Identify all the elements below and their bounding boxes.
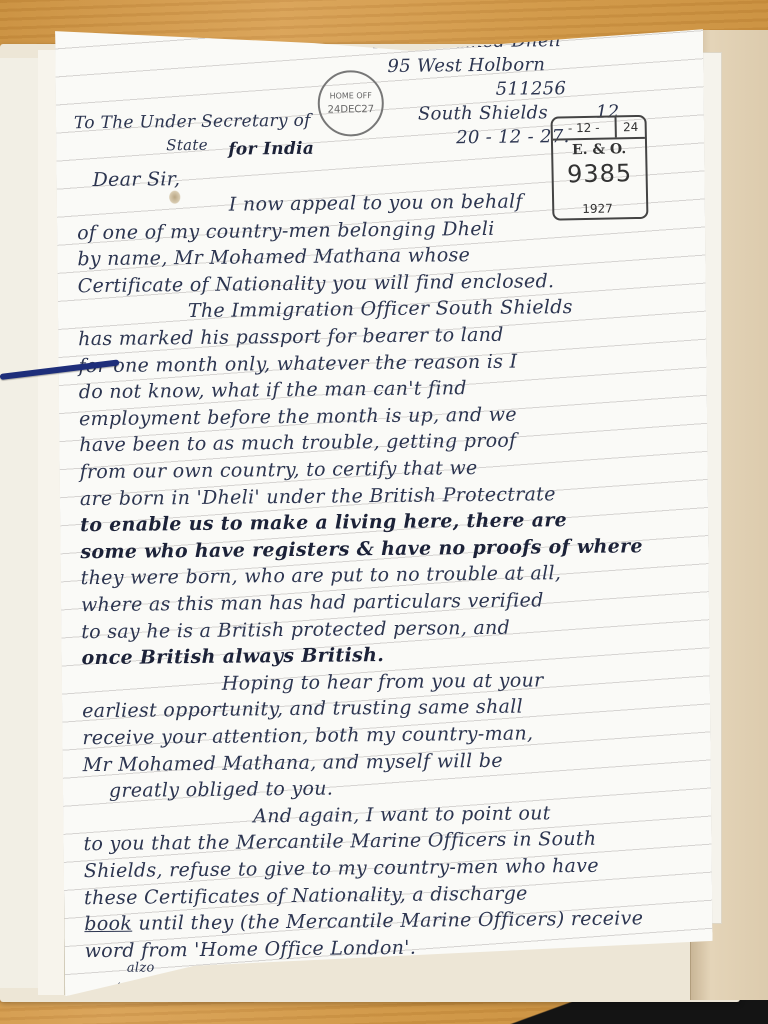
paper-stain: [169, 190, 181, 204]
postmark-stamp: HOME OFF 24DEC27: [317, 70, 384, 137]
addressee-line-1: To The Under Secretary of: [74, 111, 311, 133]
body-line: Mr Mohamed Mathana, and myself will be: [83, 749, 503, 775]
body-line: where as this man has had particulars ve…: [81, 589, 544, 616]
body-line: book until they (the Mercantile Marine O…: [84, 907, 643, 935]
body-line: of one of my country-men belonging Dheli: [77, 217, 495, 243]
body-line: these Certificates of Nationality, a dis…: [84, 882, 528, 909]
postscript-addition: alzo: [127, 960, 155, 975]
body-line: earliest opportunity, and trusting same …: [82, 696, 523, 723]
body-line: has marked his passport for bearer to la…: [78, 324, 504, 350]
body-line: greatly obliged to you.: [109, 778, 333, 802]
reference-number: 511256: [496, 78, 567, 100]
sender-address: 95 West Holborn: [387, 54, 545, 77]
body-line: do not know, what if the man can't find: [79, 377, 467, 403]
letter-page: Mr Ali Hamed Dheli 95 West Holborn 51125…: [55, 15, 713, 997]
eo-registry-stamp: - 12 - 24 E. & O. 9385 1927: [550, 115, 648, 221]
body-line: they were born, who are put to no troubl…: [81, 563, 562, 590]
stamp-year: 1927: [582, 201, 613, 216]
sender-town: South Shields: [418, 102, 548, 124]
salutation: Dear Sir,: [92, 168, 180, 191]
body-line: are born in 'Dheli' under the British Pr…: [80, 483, 556, 510]
body-line: to you that the Mercantile Marine Office…: [83, 828, 596, 855]
body-line: once British always British.: [81, 644, 384, 669]
stamp-date: - 12 - 24: [553, 117, 645, 141]
stamp-department: E. & O.: [553, 141, 645, 159]
body-line: to enable us to make a living here, ther…: [80, 509, 567, 536]
body-line: for one month only, whatever the reason …: [78, 350, 517, 377]
body-line: Certificate of Nationality you will find…: [78, 270, 555, 297]
underlined-word: book: [84, 913, 132, 935]
body-line: some who have registers & have no proofs…: [80, 535, 643, 563]
body-line: I now appeal to you on behalf: [229, 191, 523, 216]
addressee-line-3: for India: [228, 139, 314, 160]
body-line: And again, I want to point out: [253, 802, 551, 827]
body-line: The Immigration Officer South Shields: [188, 296, 573, 322]
body-line: by name, Mr Mohamed Mathana whose: [77, 244, 470, 270]
body-line: have been to as much trouble, getting pr…: [79, 430, 516, 457]
body-line: to say he is a British protected person,…: [81, 616, 510, 642]
body-line: Hoping to hear from you at your: [222, 669, 544, 694]
body-line: employment before the month is up, and w…: [79, 403, 517, 430]
stamp-number: 9385: [553, 159, 646, 189]
body-line: Shields, refuse to give to my country-me…: [84, 855, 599, 882]
body-line: receive your attention, both my country-…: [82, 722, 533, 749]
body-line: from our own country, to certify that we: [80, 457, 478, 483]
addressee-line-2: State: [166, 136, 208, 154]
